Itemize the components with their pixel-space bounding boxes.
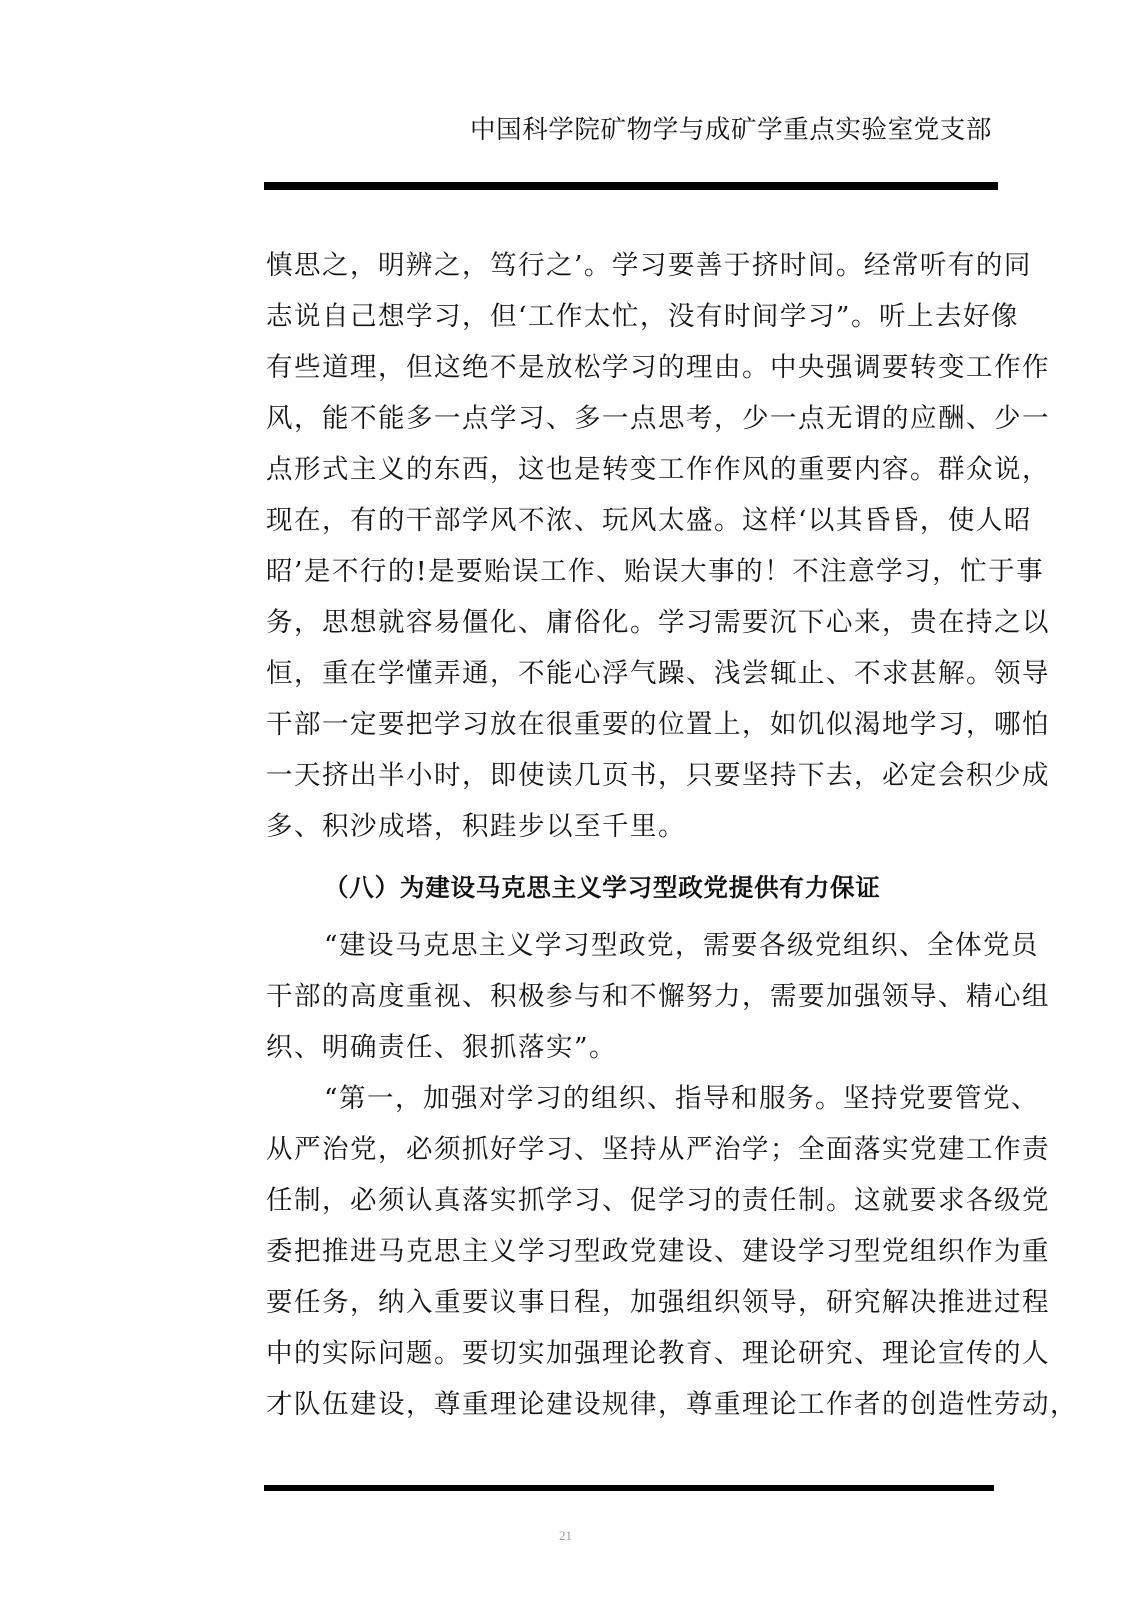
text-line: 有些道理，但这绝不是放松学习的理由。中央强调要转变工作作 <box>266 342 1016 393</box>
text-line: 慎思之，明辨之，笃行之’。学习要善于挤时间。经常听有的同 <box>266 240 1016 291</box>
text-line: 任制，必须认真落实抓学习、促学习的责任制。这就要求各级党 <box>266 1175 1016 1226</box>
text-line: 干部一定要把学习放在很重要的位置上，如饥似渴地学习，哪怕 <box>266 699 1016 750</box>
text-line: 点形式主义的东西，这也是转变工作作风的重要内容。群众说， <box>266 444 1016 495</box>
header-rule <box>264 182 998 190</box>
text-line: 一天挤出半小时，即使读几页书，只要坚持下去，必定会积少成 <box>266 750 1016 801</box>
running-header-title: 中国科学院矿物学与成矿学重点实验室党支部 <box>470 110 1000 146</box>
text-line: 从严治党，必须抓好学习、坚持从严治学；全面落实党建工作责 <box>266 1124 1016 1175</box>
text-line: 中的实际问题。要切实加强理论教育、理论研究、理论宣传的人 <box>266 1328 1016 1379</box>
text-line: 委把推进马克思主义学习型政党建设、建设学习型党组织作为重 <box>266 1226 1016 1277</box>
text-line: 干部的高度重视、积极参与和不懈努力，需要加强领导、精心组 <box>266 971 1016 1022</box>
paragraph-1: 慎思之，明辨之，笃行之’。学习要善于挤时间。经常听有的同 志说自己想学习，但‘工… <box>266 240 1016 852</box>
text-line: 多、积沙成塔，积跬步以至千里。 <box>266 801 1016 852</box>
page-number: 21 <box>0 1528 1131 1544</box>
text-line: “建设马克思主义学习型政党，需要各级党组织、全体党员 <box>266 920 1016 971</box>
text-line: 风，能不能多一点学习、多一点思考，少一点无谓的应酬、少一 <box>266 393 1016 444</box>
text-line: “第一，加强对学习的组织、指导和服务。坚持党要管党、 <box>266 1073 1016 1124</box>
text-line: 才队伍建设，尊重理论建设规律，尊重理论工作者的创造性劳动， <box>266 1379 1016 1430</box>
text-line: 现在，有的干部学风不浓、玩风太盛。这样‘以其昏昏，使人昭 <box>266 495 1016 546</box>
text-line: 务，思想就容易僵化、庸俗化。学习需要沉下心来，贵在持之以 <box>266 597 1016 648</box>
text-line: 昭’是不行的!是要贻误工作、贻误大事的！不注意学习，忙于事 <box>266 546 1016 597</box>
document-page: 中国科学院矿物学与成矿学重点实验室党支部 慎思之，明辨之，笃行之’。学习要善于挤… <box>0 0 1131 1600</box>
text-line: 志说自己想学习，但‘工作太忙，没有时间学习”。听上去好像 <box>266 291 1016 342</box>
paragraph-3: “第一，加强对学习的组织、指导和服务。坚持党要管党、 从严治党，必须抓好学习、坚… <box>266 1073 1016 1430</box>
body-text: 慎思之，明辨之，笃行之’。学习要善于挤时间。经常听有的同 志说自己想学习，但‘工… <box>266 240 1016 1430</box>
text-line: 要任务，纳入重要议事日程，加强组织领导，研究解决推进过程 <box>266 1277 1016 1328</box>
footer-rule <box>264 1485 994 1491</box>
paragraph-2: “建设马克思主义学习型政党，需要各级党组织、全体党员 干部的高度重视、积极参与和… <box>266 920 1016 1073</box>
section-heading: （八）为建设马克思主义学习型政党提供有力保证 <box>266 858 1016 918</box>
text-line: 织、明确责任、狠抓落实”。 <box>266 1022 1016 1073</box>
text-line: 恒，重在学懂弄通，不能心浮气躁、浅尝辄止、不求甚解。领导 <box>266 648 1016 699</box>
